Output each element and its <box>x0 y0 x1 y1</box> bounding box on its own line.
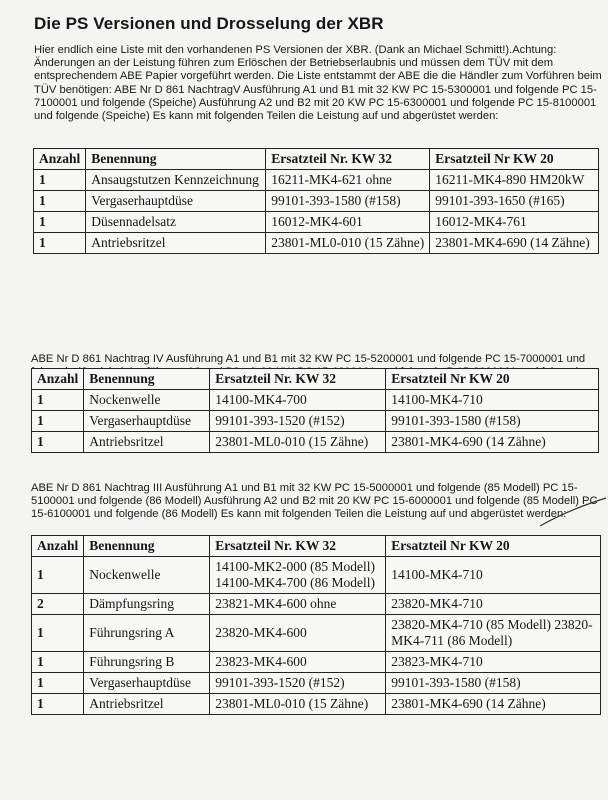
cell-anzahl: 1 <box>32 694 84 715</box>
cell-anzahl: 2 <box>32 594 84 615</box>
table-header-row: Anzahl Benennung Ersatzteil Nr. KW 32 Er… <box>32 536 601 557</box>
col-header-benennung: Benennung <box>84 536 210 557</box>
cell-kw20: 99101-393-1650 (#165) <box>430 191 599 212</box>
cell-benennung: Vergaserhauptdüse <box>84 411 210 432</box>
cell-kw20: 99101-393-1580 (#158) <box>386 673 601 694</box>
col-header-benennung: Benennung <box>86 149 266 170</box>
cell-anzahl: 1 <box>34 233 86 254</box>
cell-kw32: 16211-MK4-621 ohne <box>266 170 430 191</box>
cell-benennung: Antriebsritzel <box>84 432 210 453</box>
cell-benennung: Antriebsritzel <box>86 233 266 254</box>
cell-anzahl: 1 <box>32 615 84 652</box>
page-title: Die PS Versionen und Drosselung der XBR <box>34 14 384 34</box>
cell-kw32: 99101-393-1520 (#152) <box>210 411 386 432</box>
col-header-anzahl: Anzahl <box>34 149 86 170</box>
table-row: 1Antriebsritzel23801-ML0-010 (15 Zähne)2… <box>34 233 599 254</box>
cell-anzahl: 1 <box>34 170 86 191</box>
cell-benennung: Führungsring B <box>84 652 210 673</box>
cell-kw20: 23801-MK4-690 (14 Zähne) <box>386 694 601 715</box>
cell-kw20: 23820-MK4-710 <box>386 594 601 615</box>
cell-kw32: 99101-393-1520 (#152) <box>210 673 386 694</box>
table-row: 1Vergaserhauptdüse99101-393-1520 (#152)9… <box>32 411 599 432</box>
col-header-kw20: Ersatzteil Nr KW 20 <box>386 536 601 557</box>
cell-kw32: 23801-ML0-010 (15 Zähne) <box>266 233 430 254</box>
cell-kw32: 23801-ML0-010 (15 Zähne) <box>210 694 386 715</box>
cell-benennung: Ansaugstutzen Kennzeichnung <box>86 170 266 191</box>
cell-kw32: 23821-MK4-600 ohne <box>210 594 386 615</box>
col-header-anzahl: Anzahl <box>32 369 84 390</box>
table-header-row: Anzahl Benennung Ersatzteil Nr. KW 32 Er… <box>32 369 599 390</box>
cell-kw20: 14100-MK4-710 <box>386 557 601 594</box>
col-header-anzahl: Anzahl <box>32 536 84 557</box>
parts-table-nachtrag-v: Anzahl Benennung Ersatzteil Nr. KW 32 Er… <box>33 148 599 254</box>
cell-anzahl: 1 <box>32 652 84 673</box>
col-header-kw32: Ersatzteil Nr. KW 32 <box>210 536 386 557</box>
cell-anzahl: 1 <box>32 432 84 453</box>
cell-kw20: 23823-MK4-710 <box>386 652 601 673</box>
col-header-kw20: Ersatzteil Nr KW 20 <box>430 149 599 170</box>
intro-paragraph: Hier endlich eine Liste mit den vorhande… <box>34 44 602 123</box>
cell-benennung: Vergaserhauptdüse <box>84 673 210 694</box>
table-row: 1Führungsring B23823-MK4-60023823-MK4-71… <box>32 652 601 673</box>
table-row: 1Antriebsritzel23801-ML0-010 (15 Zähne)2… <box>32 694 601 715</box>
table-row: 2Dämpfungsring23821-MK4-600 ohne23820-MK… <box>32 594 601 615</box>
cell-anzahl: 1 <box>34 212 86 233</box>
cell-benennung: Führungsring A <box>84 615 210 652</box>
cell-kw32: 14100-MK4-700 <box>210 390 386 411</box>
cell-benennung: Nockenwelle <box>84 557 210 594</box>
col-header-kw32: Ersatzteil Nr. KW 32 <box>210 369 386 390</box>
cell-anzahl: 1 <box>32 390 84 411</box>
parts-table-nachtrag-iii: Anzahl Benennung Ersatzteil Nr. KW 32 Er… <box>31 535 601 715</box>
cell-kw32: 23820-MK4-600 <box>210 615 386 652</box>
table-row: 1Nockenwelle14100-MK2-000 (85 Modell) 14… <box>32 557 601 594</box>
table-row: 1Ansaugstutzen Kennzeichnung16211-MK4-62… <box>34 170 599 191</box>
cell-benennung: Düsennadelsatz <box>86 212 266 233</box>
table-row: 1Führungsring A23820-MK4-60023820-MK4-71… <box>32 615 601 652</box>
cell-kw20: 14100-MK4-710 <box>386 390 599 411</box>
section-nachtrag-iii-paragraph: ABE Nr D 861 Nachtrag III Ausführung A1 … <box>31 482 601 522</box>
cell-kw20: 16012-MK4-761 <box>430 212 599 233</box>
pen-stroke-mark <box>538 490 608 530</box>
cell-kw20: 23820-MK4-710 (85 Modell) 23820-MK4-711 … <box>386 615 601 652</box>
table-row: 1Nockenwelle14100-MK4-70014100-MK4-710 <box>32 390 599 411</box>
cell-benennung: Dämpfungsring <box>84 594 210 615</box>
cell-kw20: 23801-MK4-690 (14 Zähne) <box>386 432 599 453</box>
cell-anzahl: 1 <box>32 411 84 432</box>
cell-anzahl: 1 <box>32 557 84 594</box>
cell-kw32: 99101-393-1580 (#158) <box>266 191 430 212</box>
cell-benennung: Antriebsritzel <box>84 694 210 715</box>
col-header-kw32: Ersatzteil Nr. KW 32 <box>266 149 430 170</box>
cell-kw32: 23823-MK4-600 <box>210 652 386 673</box>
table-row: 1Vergaserhauptdüse99101-393-1520 (#152)9… <box>32 673 601 694</box>
col-header-kw20: Ersatzteil Nr KW 20 <box>386 369 599 390</box>
cell-kw20: 16211-MK4-890 HM20kW <box>430 170 599 191</box>
document-page: Die PS Versionen und Drosselung der XBR … <box>0 0 608 800</box>
cell-kw32: 14100-MK2-000 (85 Modell) 14100-MK4-700 … <box>210 557 386 594</box>
table-header-row: Anzahl Benennung Ersatzteil Nr. KW 32 Er… <box>34 149 599 170</box>
table-row: 1Antriebsritzel23801-ML0-010 (15 Zähne)2… <box>32 432 599 453</box>
cell-benennung: Nockenwelle <box>84 390 210 411</box>
cell-benennung: Vergaserhauptdüse <box>86 191 266 212</box>
cell-kw32: 16012-MK4-601 <box>266 212 430 233</box>
cell-kw20: 99101-393-1580 (#158) <box>386 411 599 432</box>
parts-table-nachtrag-iv: Anzahl Benennung Ersatzteil Nr. KW 32 Er… <box>31 368 599 453</box>
table-row: 1Vergaserhauptdüse99101-393-1580 (#158)9… <box>34 191 599 212</box>
table-row: 1Düsennadelsatz16012-MK4-60116012-MK4-76… <box>34 212 599 233</box>
cell-anzahl: 1 <box>34 191 86 212</box>
col-header-benennung: Benennung <box>84 369 210 390</box>
cell-kw32: 23801-ML0-010 (15 Zähne) <box>210 432 386 453</box>
cell-anzahl: 1 <box>32 673 84 694</box>
cell-kw20: 23801-MK4-690 (14 Zähne) <box>430 233 599 254</box>
